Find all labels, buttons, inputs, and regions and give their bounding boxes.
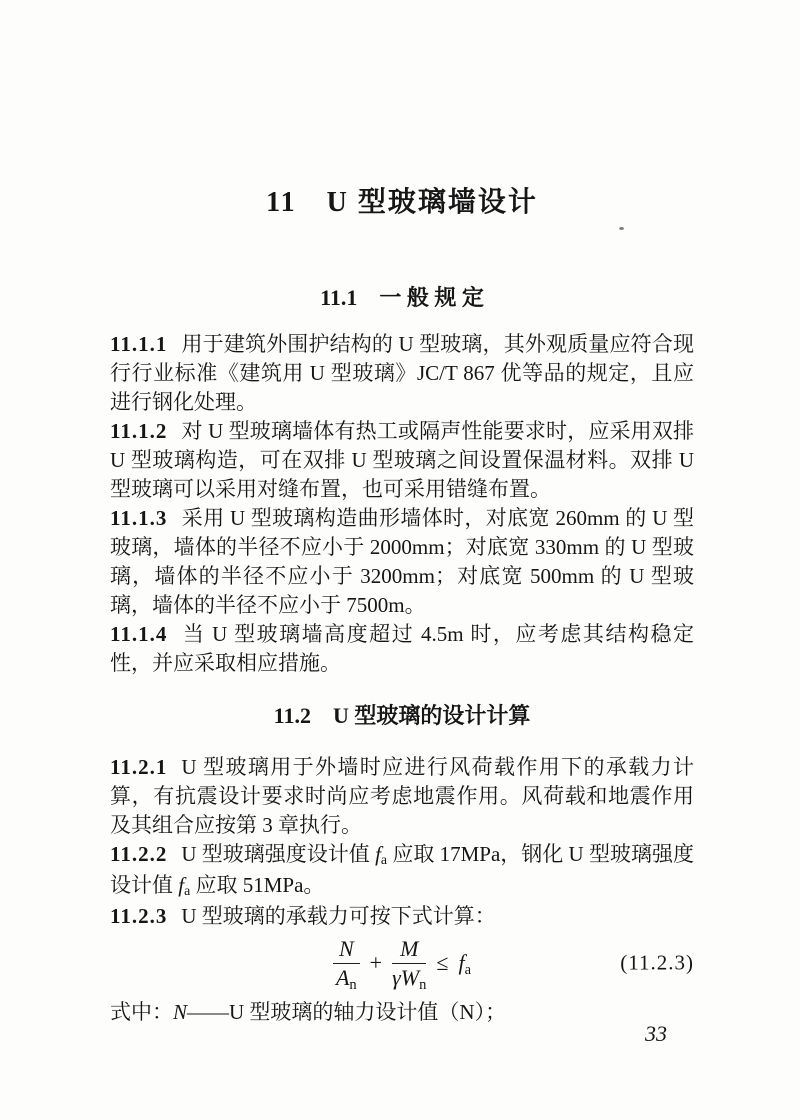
- where-text: U 型玻璃的轴力设计值（N）；: [229, 1000, 506, 1024]
- clause-number: 11.2.3: [110, 904, 167, 928]
- clause-number: 11.1.3: [110, 506, 167, 530]
- section-heading-11-2: 11.2 U 型玻璃的设计计算: [110, 702, 694, 731]
- variable-subscript: n: [419, 977, 426, 993]
- clause-11-1-3: 11.1.3采用 U 型玻璃构造曲形墙体时，对底宽 260mm 的 U 型玻璃，…: [110, 504, 694, 620]
- clause-11-1-1: 11.1.1用于建筑外围护结构的 U 型玻璃，其外观质量应符合现行行业标准《建筑…: [110, 330, 694, 417]
- fraction-m-over-gamma-wn: M γWn: [392, 937, 426, 990]
- clause-number: 11.2.1: [110, 755, 167, 779]
- variable-symbol: A: [336, 965, 349, 990]
- clause-text: 应取 51MPa。: [190, 873, 324, 897]
- section-heading-11-1: 11.1 一 般 规 定: [110, 284, 694, 313]
- clause-text: U 型玻璃的承载力可按下式计算：: [181, 904, 495, 928]
- variable-subscript: a: [465, 962, 471, 978]
- variable-symbol: γW: [392, 965, 419, 990]
- formula-expression: N An + M γWn ≤ fa: [333, 937, 471, 990]
- clause-number: 11.2.2: [110, 842, 167, 866]
- clause-text: 用于建筑外围护结构的 U 型玻璃，其外观质量应符合现行行业标准《建筑用 U 型玻…: [110, 332, 694, 414]
- clause-number: 11.1.4: [110, 622, 167, 646]
- variable-subscript: a: [184, 883, 190, 898]
- equation-number: (11.2.3): [620, 951, 694, 976]
- formula-where-line: 式中：N——U 型玻璃的轴力设计值（N）；: [110, 998, 694, 1027]
- where-label: 式中：: [110, 1000, 173, 1024]
- variable-symbol: N: [173, 1000, 187, 1024]
- clause-11-2-1: 11.2.1U 型玻璃用于外墙时应进行风荷载作用下的承载力计算，有抗震设计要求时…: [110, 753, 694, 840]
- clause-11-2-2: 11.2.2U 型玻璃强度设计值 fa 应取 17MPa，钢化 U 型玻璃强度设…: [110, 840, 694, 902]
- plus-operator: +: [369, 950, 383, 976]
- fraction-denominator: γWn: [392, 964, 426, 990]
- page-number: 33: [645, 1021, 667, 1047]
- scan-artifact-dot: [619, 227, 624, 230]
- variable-fa: fa: [458, 950, 471, 976]
- leq-operator: ≤: [435, 950, 449, 976]
- page-content: 11 U 型玻璃墙设计 11.1 一 般 规 定 11.1.1用于建筑外围护结构…: [0, 186, 800, 1027]
- clause-number: 11.1.2: [110, 419, 167, 443]
- clause-11-1-2: 11.1.2对 U 型玻璃墙体有热工或隔声性能要求时，应采用双排 U 型玻璃构造…: [110, 417, 694, 504]
- chapter-title: 11 U 型玻璃墙设计: [110, 186, 694, 220]
- clause-text: U 型玻璃用于外墙时应进行风荷载作用下的承载力计算，有抗震设计要求时尚应考虑地震…: [110, 755, 694, 837]
- fraction-denominator: An: [333, 964, 360, 990]
- fraction-n-over-an: N An: [333, 937, 360, 990]
- clause-number: 11.1.1: [110, 332, 167, 356]
- fraction-numerator: M: [392, 937, 426, 964]
- variable-fa: fa: [178, 873, 190, 897]
- clause-11-2-3: 11.2.3U 型玻璃的承载力可按下式计算：: [110, 902, 694, 931]
- document-page: 11 U 型玻璃墙设计 11.1 一 般 规 定 11.1.1用于建筑外围护结构…: [0, 0, 800, 1120]
- variable-subscript: a: [381, 852, 387, 867]
- fraction-numerator: N: [333, 937, 360, 964]
- clause-11-1-4: 11.1.4当 U 型玻璃墙高度超过 4.5m 时，应考虑其结构稳定性，并应采取…: [110, 620, 694, 678]
- variable-subscript: n: [349, 977, 356, 993]
- formula-11-2-3: N An + M γWn ≤ fa (11.2.3): [110, 937, 694, 990]
- variable-symbol: f: [458, 950, 464, 975]
- clause-text: 采用 U 型玻璃构造曲形墙体时，对底宽 260mm 的 U 型玻璃，墙体的半径不…: [110, 506, 694, 617]
- clause-text: 当 U 型玻璃墙高度超过 4.5m 时，应考虑其结构稳定性，并应采取相应措施。: [110, 622, 694, 675]
- where-dash: ——: [187, 1000, 229, 1024]
- clause-text: 对 U 型玻璃墙体有热工或隔声性能要求时，应采用双排 U 型玻璃构造，可在双排 …: [110, 419, 694, 501]
- variable-fa: fa: [375, 842, 387, 866]
- clause-text: U 型玻璃强度设计值: [181, 842, 375, 866]
